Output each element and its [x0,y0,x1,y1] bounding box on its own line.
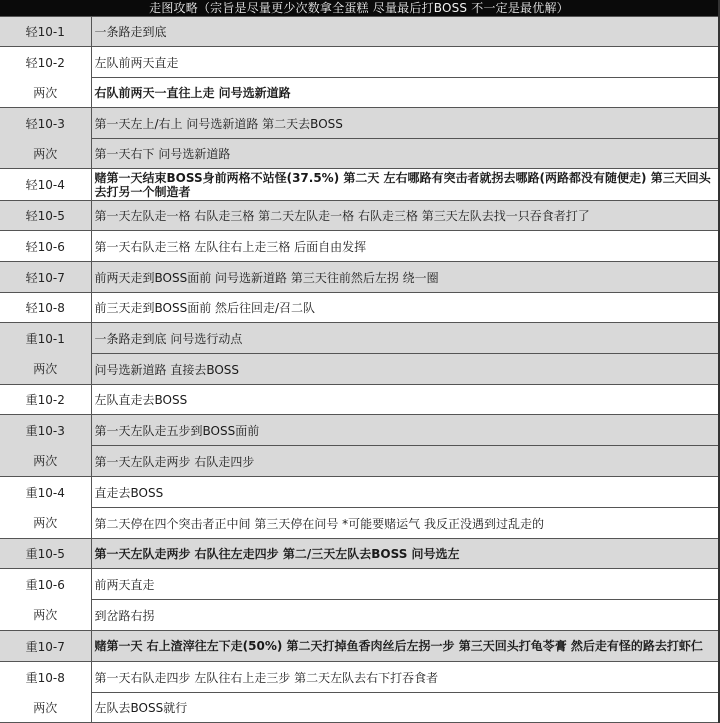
level-cell: 重10-6 [0,569,91,600]
route-note-cell: 左队前两天直走 [91,47,718,78]
table-row: 重10-7赌第一天 右上渣滓往左下走(50%) 第二天打掉鱼香肉丝后左拐一步 第… [0,631,718,662]
table-row: 重10-6前两天直走 [0,569,718,600]
table-row: 重10-1一条路走到底 问号选行动点 [0,323,718,354]
level-cell: 轻10-6 [0,231,91,262]
table-row: 两次左队去BOSS就行 [0,693,718,723]
route-note-cell: 左队直走去BOSS [91,385,718,415]
table-row: 轻10-2左队前两天直走 [0,47,718,78]
level-cell: 轻10-2 [0,47,91,78]
table-row: 重10-2左队直走去BOSS [0,385,718,415]
table-row: 两次问号选新道路 直接去BOSS [0,354,718,385]
level-cell: 轻10-4 [0,169,91,201]
route-note-cell: 第一天左队走两步 右队走四步 [91,446,718,477]
repeat-label-cell: 两次 [0,693,91,723]
table-row: 两次右队前两天一直往上走 问号选新道路 [0,78,718,108]
level-cell: 轻10-8 [0,293,91,323]
level-cell: 重10-1 [0,323,91,354]
level-cell: 轻10-1 [0,17,91,47]
table-row: 轻10-6第一天右队走三格 左队往右上走三格 后面自由发挥 [0,231,718,262]
strategy-sheet: 走图攻略（宗旨是尽量更少次数拿全蛋糕 尽量最后打BOSS 不一定是最优解） 轻1… [0,0,720,723]
route-note-cell: 第一天左队走五步到BOSS面前 [91,415,718,446]
table-row: 两次到岔路右拐 [0,600,718,631]
table-row: 重10-5第一天左队走两步 右队往左走四步 第二/三天左队去BOSS 问号选左 [0,539,718,569]
table-row: 轻10-4赌第一天结束BOSS身前两格不站怪(37.5%) 第二天 左右哪路有突… [0,169,718,201]
level-cell: 重10-4 [0,477,91,508]
table-row: 两次第一天左队走两步 右队走四步 [0,446,718,477]
route-note-cell: 第一天左队走一格 右队走三格 第二天左队走一格 右队走三格 第三天左队去找一只吞… [91,201,718,231]
route-note-cell: 右队前两天一直往上走 问号选新道路 [91,78,718,108]
level-cell: 重10-7 [0,631,91,662]
strategy-table: 轻10-1一条路走到底轻10-2左队前两天直走两次右队前两天一直往上走 问号选新… [0,16,718,723]
table-row: 两次第二天停在四个突击者正中间 第三天停在问号 *可能要赌运气 我反正没遇到过乱… [0,508,718,539]
level-cell: 轻10-3 [0,108,91,139]
route-note-cell: 第一天右队走四步 左队往右上走三步 第二天左队去右下打吞食者 [91,662,718,693]
level-cell: 重10-3 [0,415,91,446]
route-note-cell: 直走去BOSS [91,477,718,508]
level-cell: 重10-5 [0,539,91,569]
table-row: 重10-3第一天左队走五步到BOSS面前 [0,415,718,446]
repeat-label-cell: 两次 [0,508,91,539]
table-row: 重10-4直走去BOSS [0,477,718,508]
route-note-cell: 问号选新道路 直接去BOSS [91,354,718,385]
route-note-cell: 第一天右队走三格 左队往右上走三格 后面自由发挥 [91,231,718,262]
sheet-title: 走图攻略（宗旨是尽量更少次数拿全蛋糕 尽量最后打BOSS 不一定是最优解） [0,0,718,16]
route-note-cell: 前三天走到BOSS面前 然后往回走/召二队 [91,293,718,323]
level-cell: 重10-2 [0,385,91,415]
route-note-cell: 赌第一天结束BOSS身前两格不站怪(37.5%) 第二天 左右哪路有突击者就拐去… [91,169,718,201]
table-row: 轻10-5第一天左队走一格 右队走三格 第二天左队走一格 右队走三格 第三天左队… [0,201,718,231]
strategy-table-body: 轻10-1一条路走到底轻10-2左队前两天直走两次右队前两天一直往上走 问号选新… [0,17,718,723]
table-row: 轻10-1一条路走到底 [0,17,718,47]
repeat-label-cell: 两次 [0,139,91,169]
route-note-cell: 一条路走到底 问号选行动点 [91,323,718,354]
route-note-cell: 第一天左队走两步 右队往左走四步 第二/三天左队去BOSS 问号选左 [91,539,718,569]
table-row: 轻10-8前三天走到BOSS面前 然后往回走/召二队 [0,293,718,323]
level-cell: 轻10-5 [0,201,91,231]
route-note-cell: 第一天左上/右上 问号选新道路 第二天去BOSS [91,108,718,139]
route-note-cell: 左队去BOSS就行 [91,693,718,723]
table-row: 两次第一天右下 问号选新道路 [0,139,718,169]
repeat-label-cell: 两次 [0,600,91,631]
route-note-cell: 第一天右下 问号选新道路 [91,139,718,169]
route-note-cell: 第二天停在四个突击者正中间 第三天停在问号 *可能要赌运气 我反正没遇到过乱走的 [91,508,718,539]
route-note-cell: 前两天走到BOSS面前 问号选新道路 第三天往前然后左拐 绕一圈 [91,262,718,293]
route-note-cell: 前两天直走 [91,569,718,600]
table-row: 轻10-3第一天左上/右上 问号选新道路 第二天去BOSS [0,108,718,139]
repeat-label-cell: 两次 [0,446,91,477]
route-note-cell: 一条路走到底 [91,17,718,47]
table-row: 轻10-7前两天走到BOSS面前 问号选新道路 第三天往前然后左拐 绕一圈 [0,262,718,293]
level-cell: 重10-8 [0,662,91,693]
level-cell: 轻10-7 [0,262,91,293]
repeat-label-cell: 两次 [0,78,91,108]
route-note-cell: 到岔路右拐 [91,600,718,631]
table-row: 重10-8第一天右队走四步 左队往右上走三步 第二天左队去右下打吞食者 [0,662,718,693]
repeat-label-cell: 两次 [0,354,91,385]
route-note-cell: 赌第一天 右上渣滓往左下走(50%) 第二天打掉鱼香肉丝后左拐一步 第三天回头打… [91,631,718,662]
